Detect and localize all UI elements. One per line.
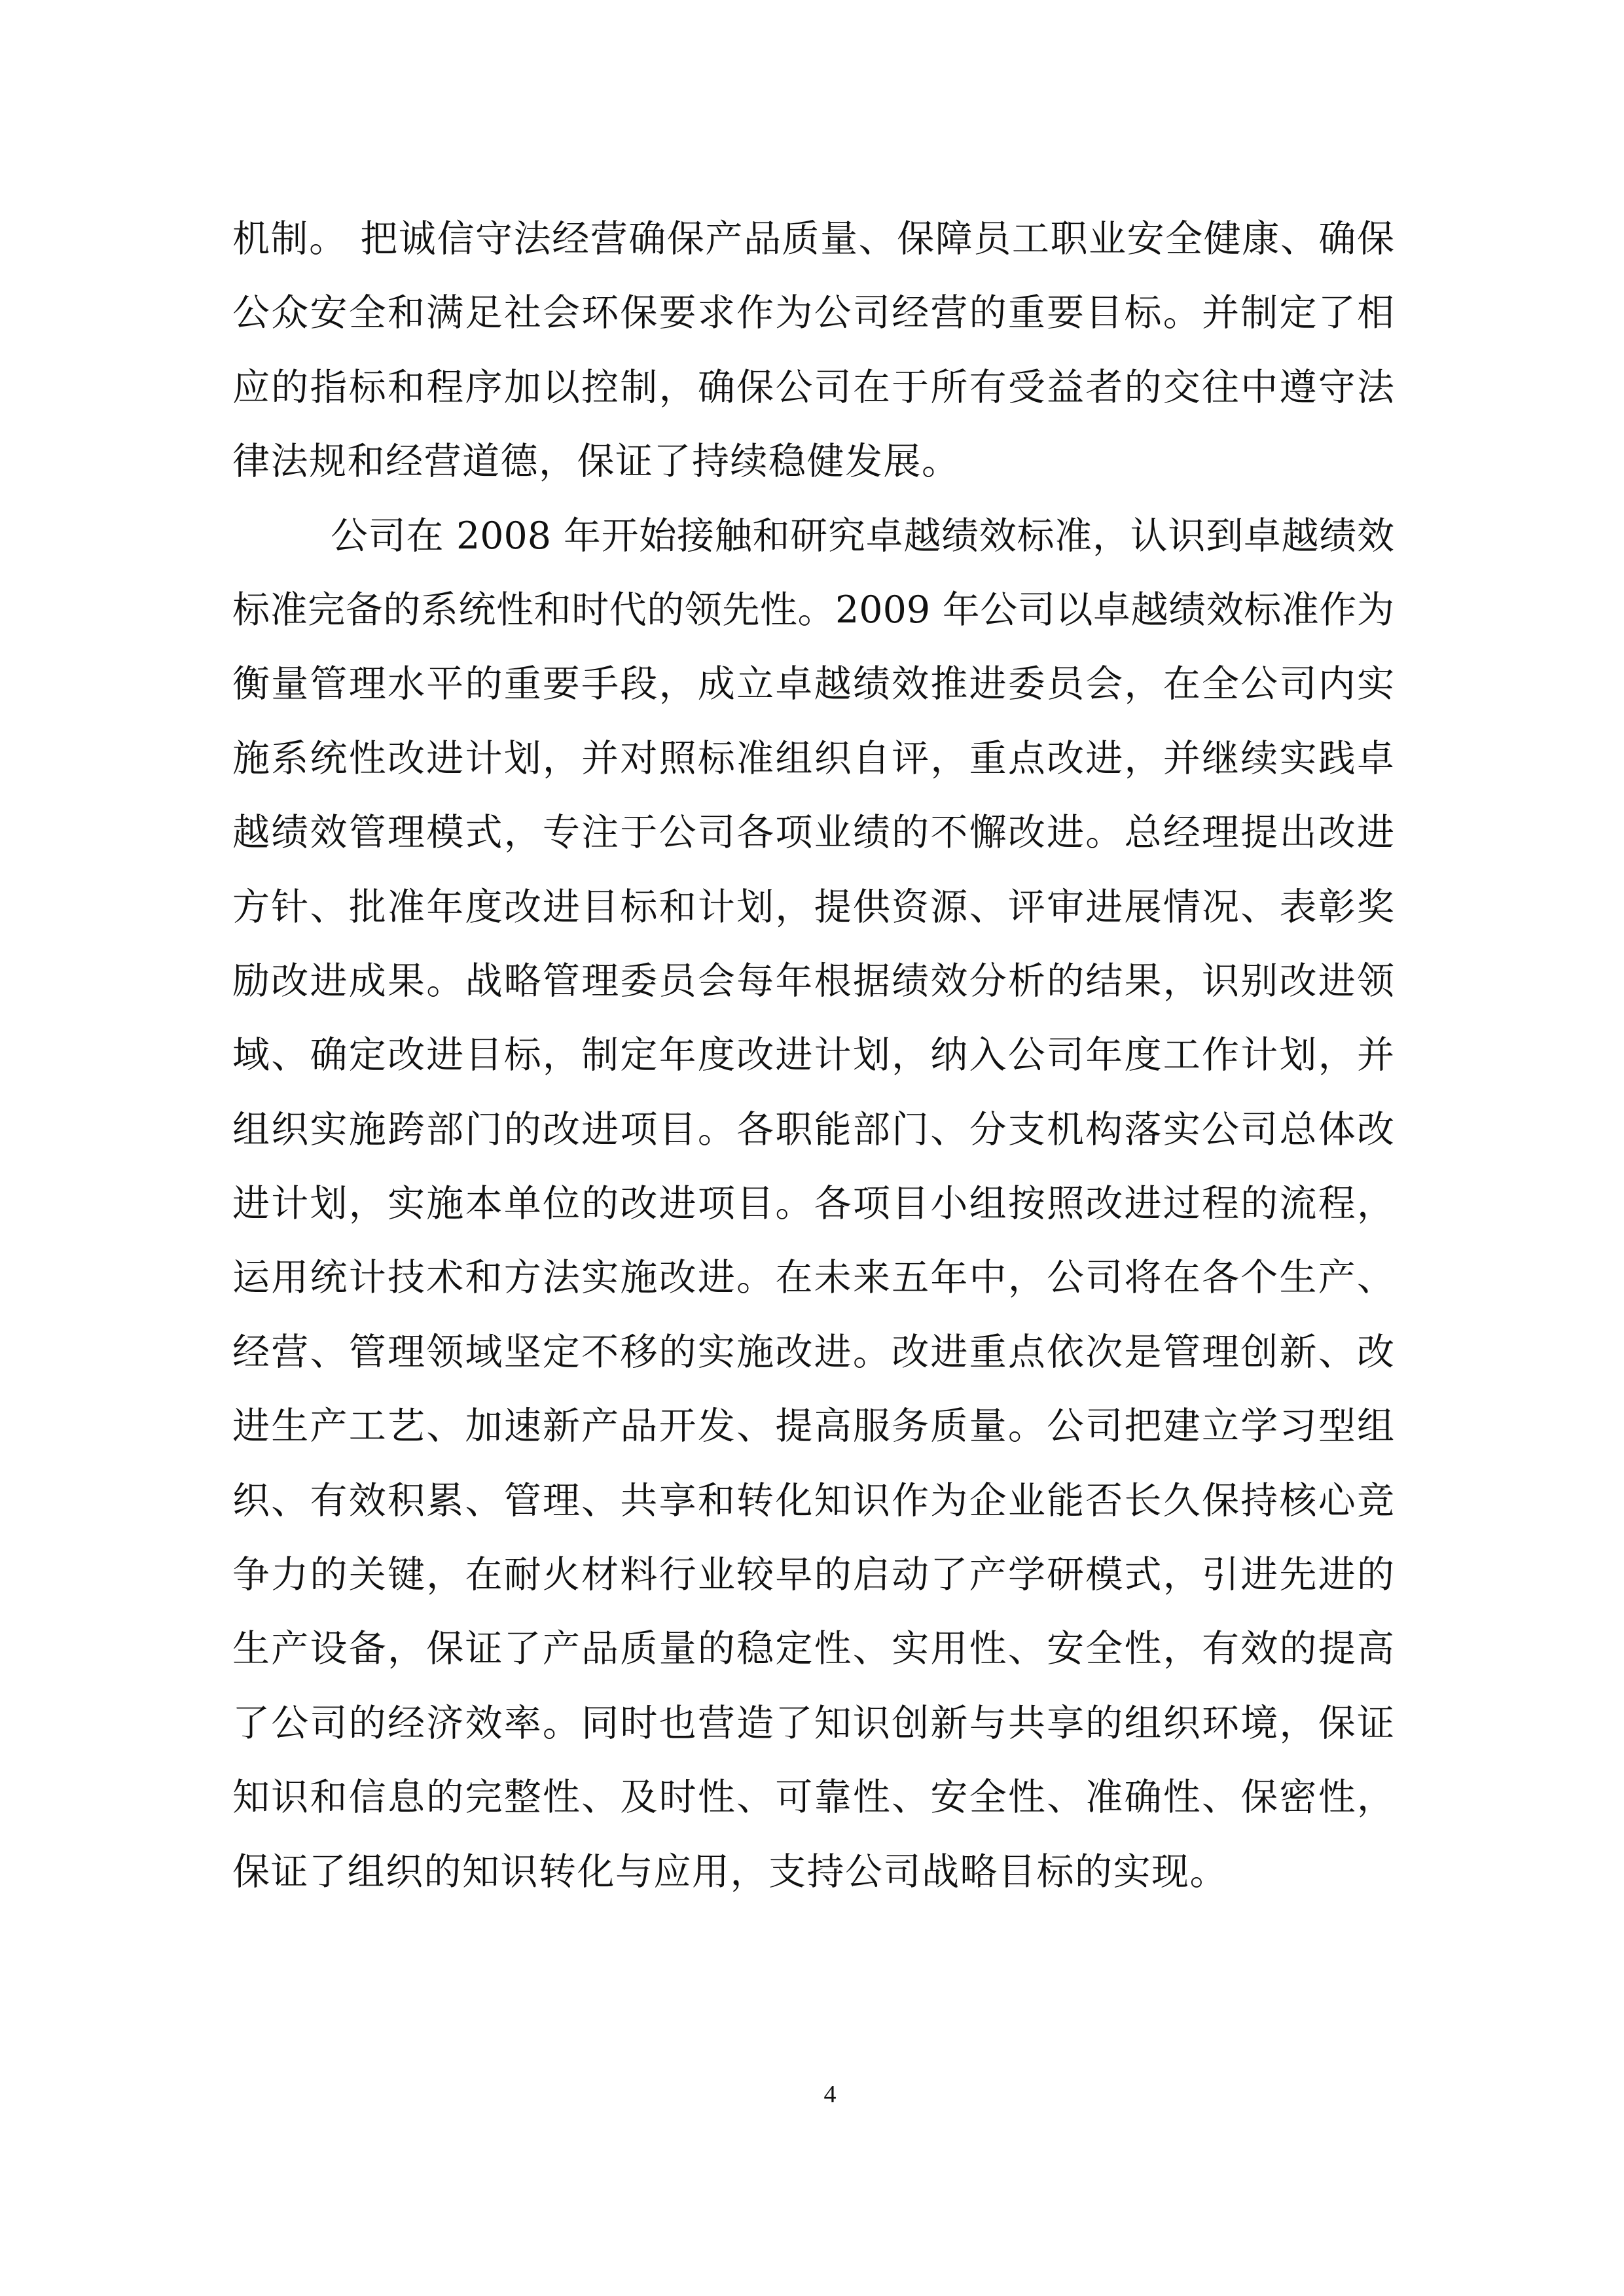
text-line: 经营、管理领域坚定不移的实施改进。改进重点依次是管理创新、改 [232, 1331, 1394, 1405]
text-line: 进生产工艺、加速新产品开发、提高服务质量。公司把建立学习型组 [232, 1405, 1394, 1479]
text-line: 了公司的经济效率。同时也营造了知识创新与共享的组织环境，保证 [232, 1702, 1394, 1776]
page-number: 4 [812, 2080, 848, 2109]
body-text: 机制。 把诚信守法经营确保产品质量、保障员工职业安全健康、确保 公众安全和满足社… [232, 217, 1394, 1924]
text-line: 机制。 把诚信守法经营确保产品质量、保障员工职业安全健康、确保 [232, 217, 1394, 291]
text-line-first-indented: 公司在 2008 年开始接触和研究卓越绩效标准，认识到卓越绩效 [232, 514, 1394, 588]
text-line: 励改进成果。战略管理委员会每年根据绩效分析的结果，识别改进领 [232, 960, 1394, 1033]
document-page: 机制。 把诚信守法经营确保产品质量、保障员工职业安全健康、确保 公众安全和满足社… [0, 0, 1624, 2296]
text-line: 标准完备的系统性和时代的领先性。2009 年公司以卓越绩效标准作为 [232, 588, 1394, 662]
paragraph-2: 公司在 2008 年开始接触和研究卓越绩效标准，认识到卓越绩效 标准完备的系统性… [232, 514, 1394, 1924]
text-line: 组织实施跨部门的改进项目。各职能部门、分支机构落实公司总体改 [232, 1108, 1394, 1182]
text-line: 生产设备，保证了产品质量的稳定性、实用性、安全性，有效的提高 [232, 1627, 1394, 1701]
text-line: 保证了组织的知识转化与应用，支持公司战略目标的实现。 [232, 1850, 1394, 1924]
text-line: 越绩效管理模式，专注于公司各项业绩的不懈改进。总经理提出改进 [232, 811, 1394, 885]
paragraph-1: 机制。 把诚信守法经营确保产品质量、保障员工职业安全健康、确保 公众安全和满足社… [232, 217, 1394, 514]
text-line: 应的指标和程序加以控制，确保公司在于所有受益者的交往中遵守法 [232, 366, 1394, 440]
text-line: 公众安全和满足社会环保要求作为公司经营的重要目标。并制定了相 [232, 291, 1394, 365]
text-line: 争力的关键，在耐火材料行业较早的启动了产学研模式，引进先进的 [232, 1553, 1394, 1627]
text-line: 运用统计技术和方法实施改进。在未来五年中，公司将在各个生产、 [232, 1256, 1394, 1330]
text-line: 施系统性改进计划，并对照标准组织自评，重点改进，并继续实践卓 [232, 737, 1394, 811]
text-line: 知识和信息的完整性、及时性、可靠性、安全性、准确性、保密性， [232, 1776, 1394, 1850]
text-line: 衡量管理水平的重要手段，成立卓越绩效推进委员会，在全公司内实 [232, 662, 1394, 736]
text-line: 织、有效积累、管理、共享和转化知识作为企业能否长久保持核心竞 [232, 1479, 1394, 1553]
text-line: 域、确定改进目标，制定年度改进计划，纳入公司年度工作计划，并 [232, 1033, 1394, 1107]
text-line: 律法规和经营道德，保证了持续稳健发展。 [232, 440, 1394, 514]
text-line: 进计划，实施本单位的改进项目。各项目小组按照改进过程的流程， [232, 1182, 1394, 1256]
text-line: 方针、批准年度改进目标和计划，提供资源、评审进展情况、表彰奖 [232, 886, 1394, 960]
